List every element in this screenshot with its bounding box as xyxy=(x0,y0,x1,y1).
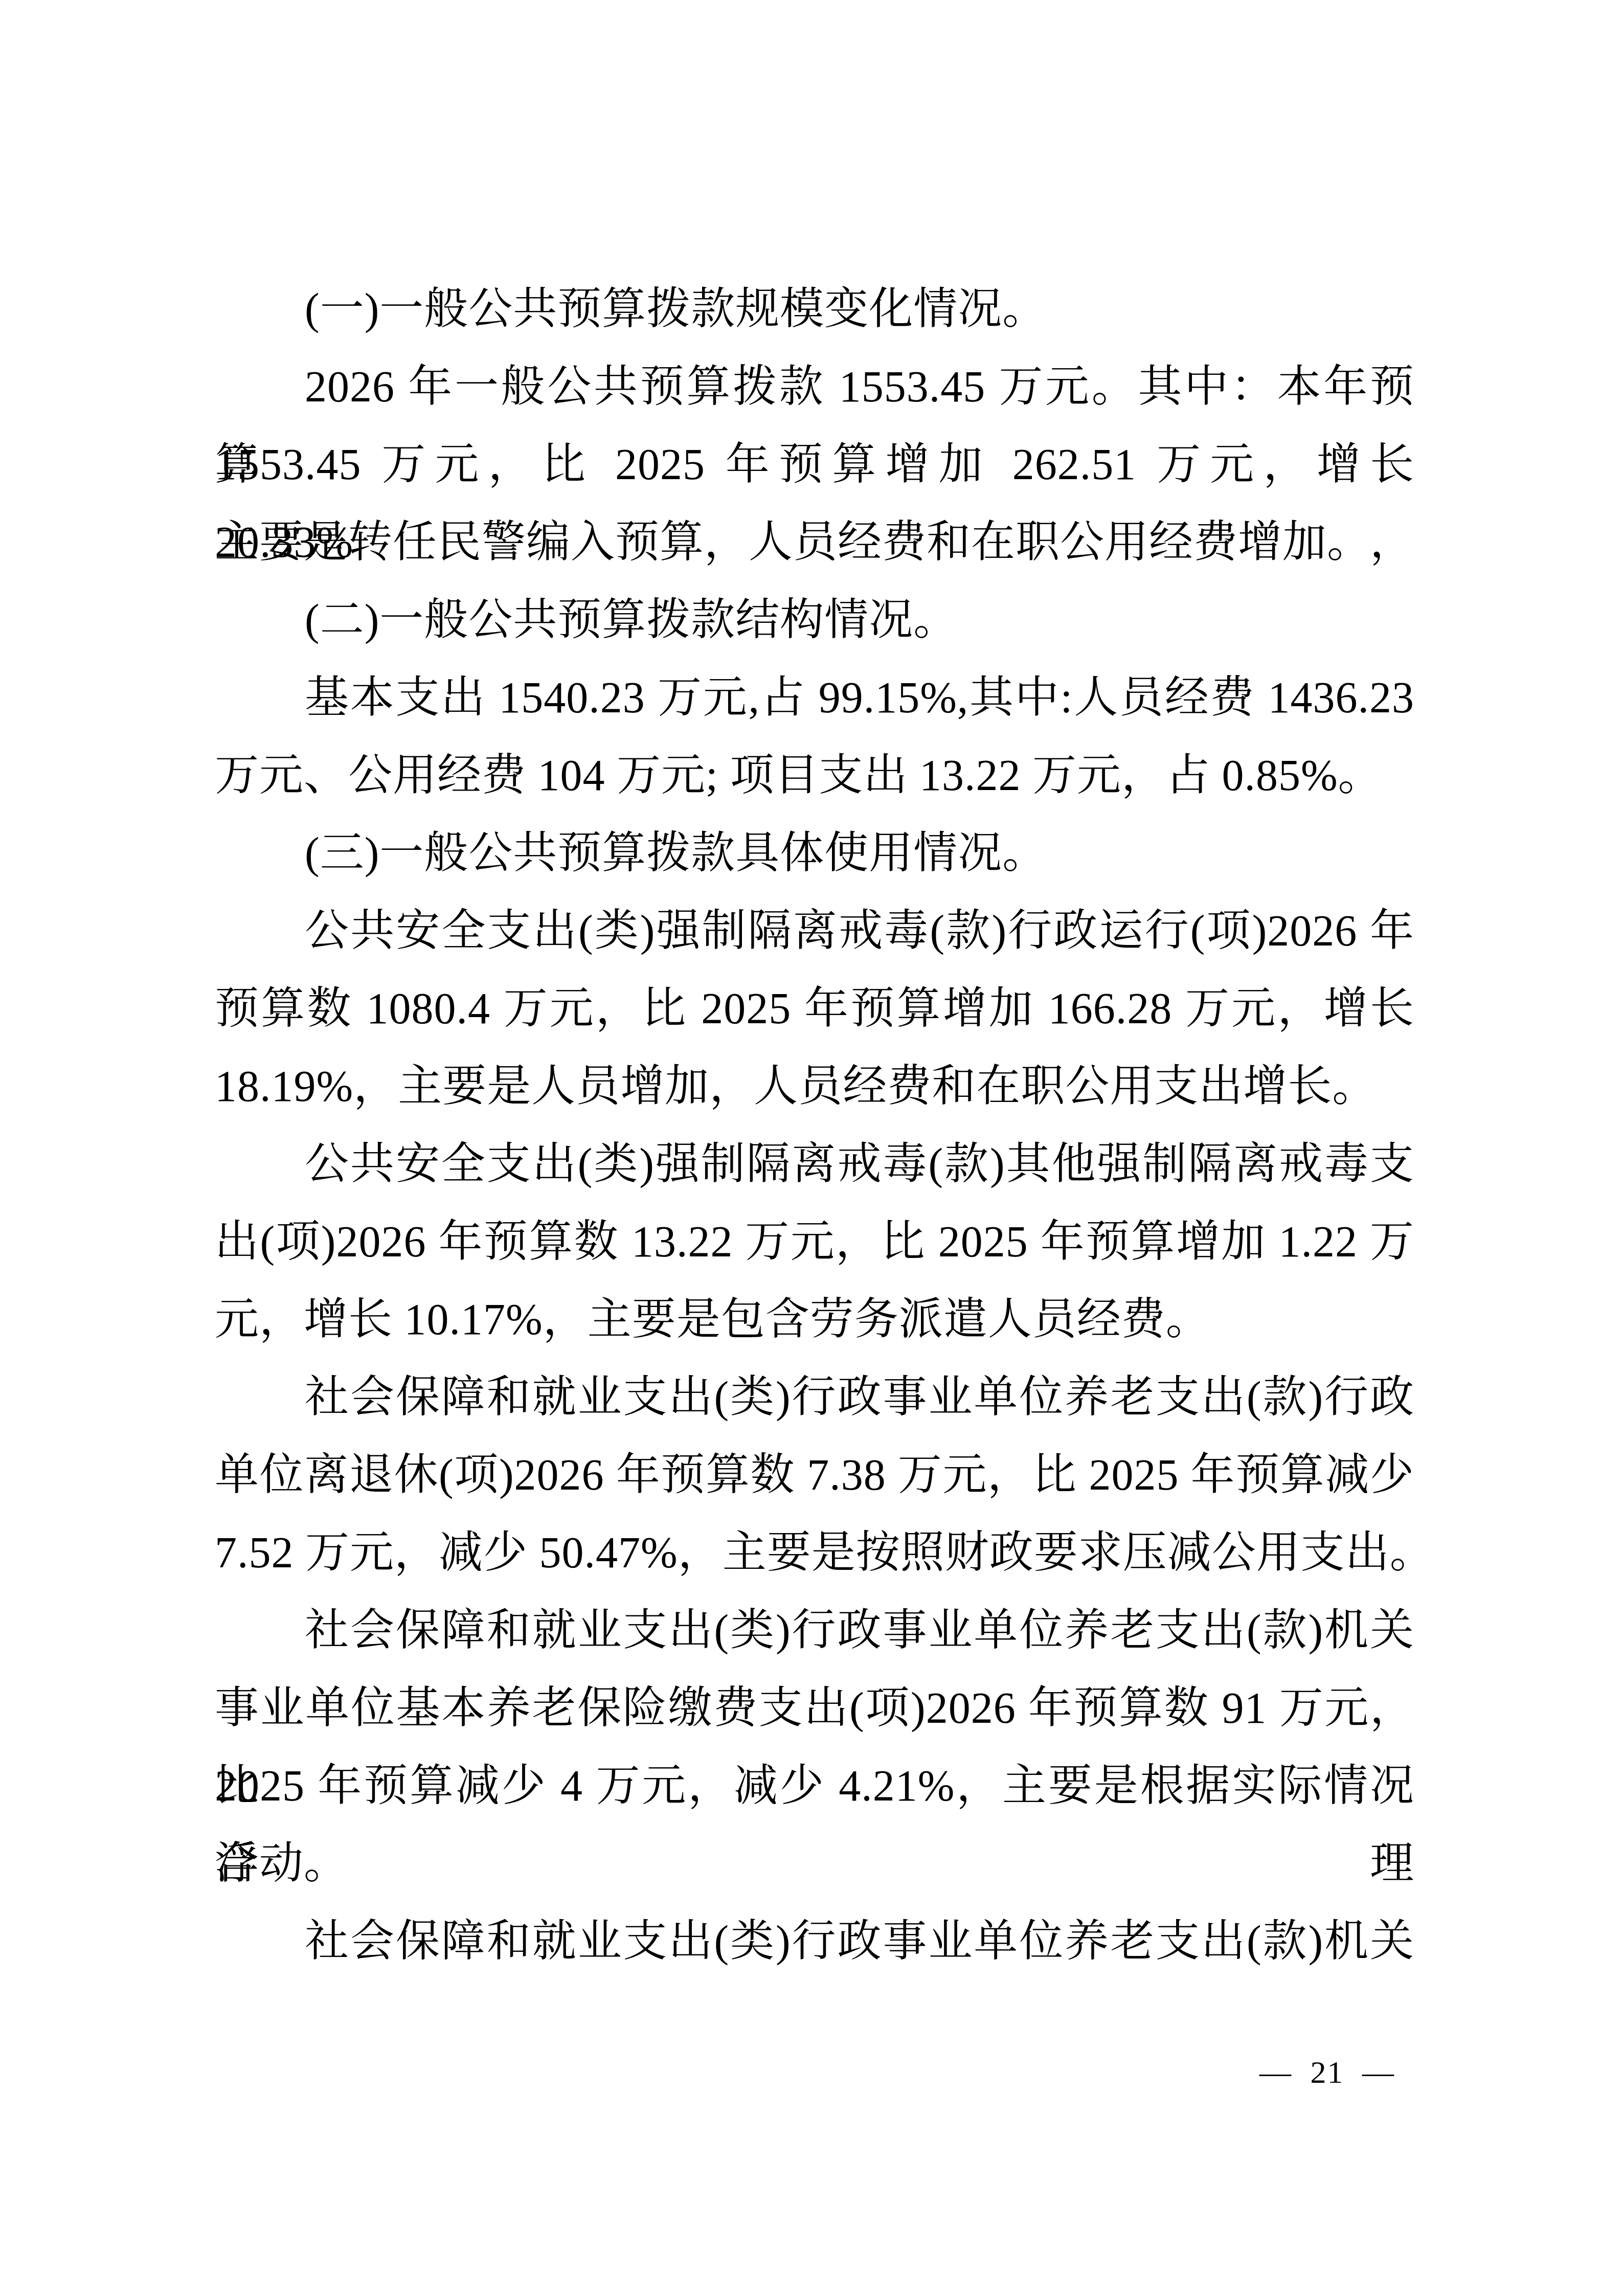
paragraph-line: 社会保障和就业支出(类)行政事业单位养老支出(款)行政 xyxy=(215,1358,1414,1436)
paragraph-line: 社会保障和就业支出(类)行政事业单位养老支出(款)机关 xyxy=(215,1591,1414,1669)
paragraph-line: 公共安全支出(类)强制隔离戒毒(款)行政运行(项)2026 年 xyxy=(215,892,1414,970)
paragraph-line: 社会保障和就业支出(类)行政事业单位养老支出(款)机关 xyxy=(215,1902,1414,1980)
paragraph-line: 7.52 万元，减少 50.47%，主要是按照财政要求压减公用支出。 xyxy=(215,1514,1414,1591)
paragraph-line: 主要是转任民警编入预算，人员经费和在职公用经费增加。 xyxy=(215,503,1414,581)
section-heading-1: (一)一般公共预算拨款规模变化情况。 xyxy=(215,270,1414,348)
document-page: (一)一般公共预算拨款规模变化情况。 2026 年一般公共预算拨款 1553.4… xyxy=(0,0,1623,2296)
paragraph-line: 万元、公用经费 104 万元; 项目支出 13.22 万元，占 0.85%。 xyxy=(215,736,1414,814)
paragraph-line: 事业单位基本养老保险缴费支出(项)2026 年预算数 91 万元，比 xyxy=(215,1669,1414,1747)
section-heading-2: (二)一般公共预算拨款结构情况。 xyxy=(215,581,1414,659)
paragraph-line: 18.19%，主要是人员增加，人员经费和在职公用支出增长。 xyxy=(215,1047,1414,1125)
paragraph-line: 出(项)2026 年预算数 13.22 万元，比 2025 年预算增加 1.22… xyxy=(215,1203,1414,1280)
paragraph-line: 预算数 1080.4 万元，比 2025 年预算增加 166.28 万元，增长 xyxy=(215,970,1414,1047)
paragraph-line: 2025 年预算减少 4 万元，减少 4.21%，主要是根据实际情况合理 xyxy=(215,1747,1414,1825)
paragraph-line: 2026 年一般公共预算拨款 1553.45 万元。其中：本年预算 xyxy=(215,348,1414,425)
section-heading-3: (三)一般公共预算拨款具体使用情况。 xyxy=(215,814,1414,892)
paragraph-line: 单位离退休(项)2026 年预算数 7.38 万元，比 2025 年预算减少 xyxy=(215,1436,1414,1514)
paragraph-line: 1553.45 万元，比 2025 年预算增加 262.51 万元，增长 20.… xyxy=(215,425,1414,503)
paragraph-line: 基本支出 1540.23 万元,占 99.15%,其中:人员经费 1436.23 xyxy=(215,659,1414,736)
document-body: (一)一般公共预算拨款规模变化情况。 2026 年一般公共预算拨款 1553.4… xyxy=(215,270,1414,1980)
paragraph-line: 公共安全支出(类)强制隔离戒毒(款)其他强制隔离戒毒支 xyxy=(215,1125,1414,1203)
paragraph-line: 元，增长 10.17%，主要是包含劳务派遣人员经费。 xyxy=(215,1280,1414,1358)
page-number: — 21 — xyxy=(1259,2050,1395,2096)
